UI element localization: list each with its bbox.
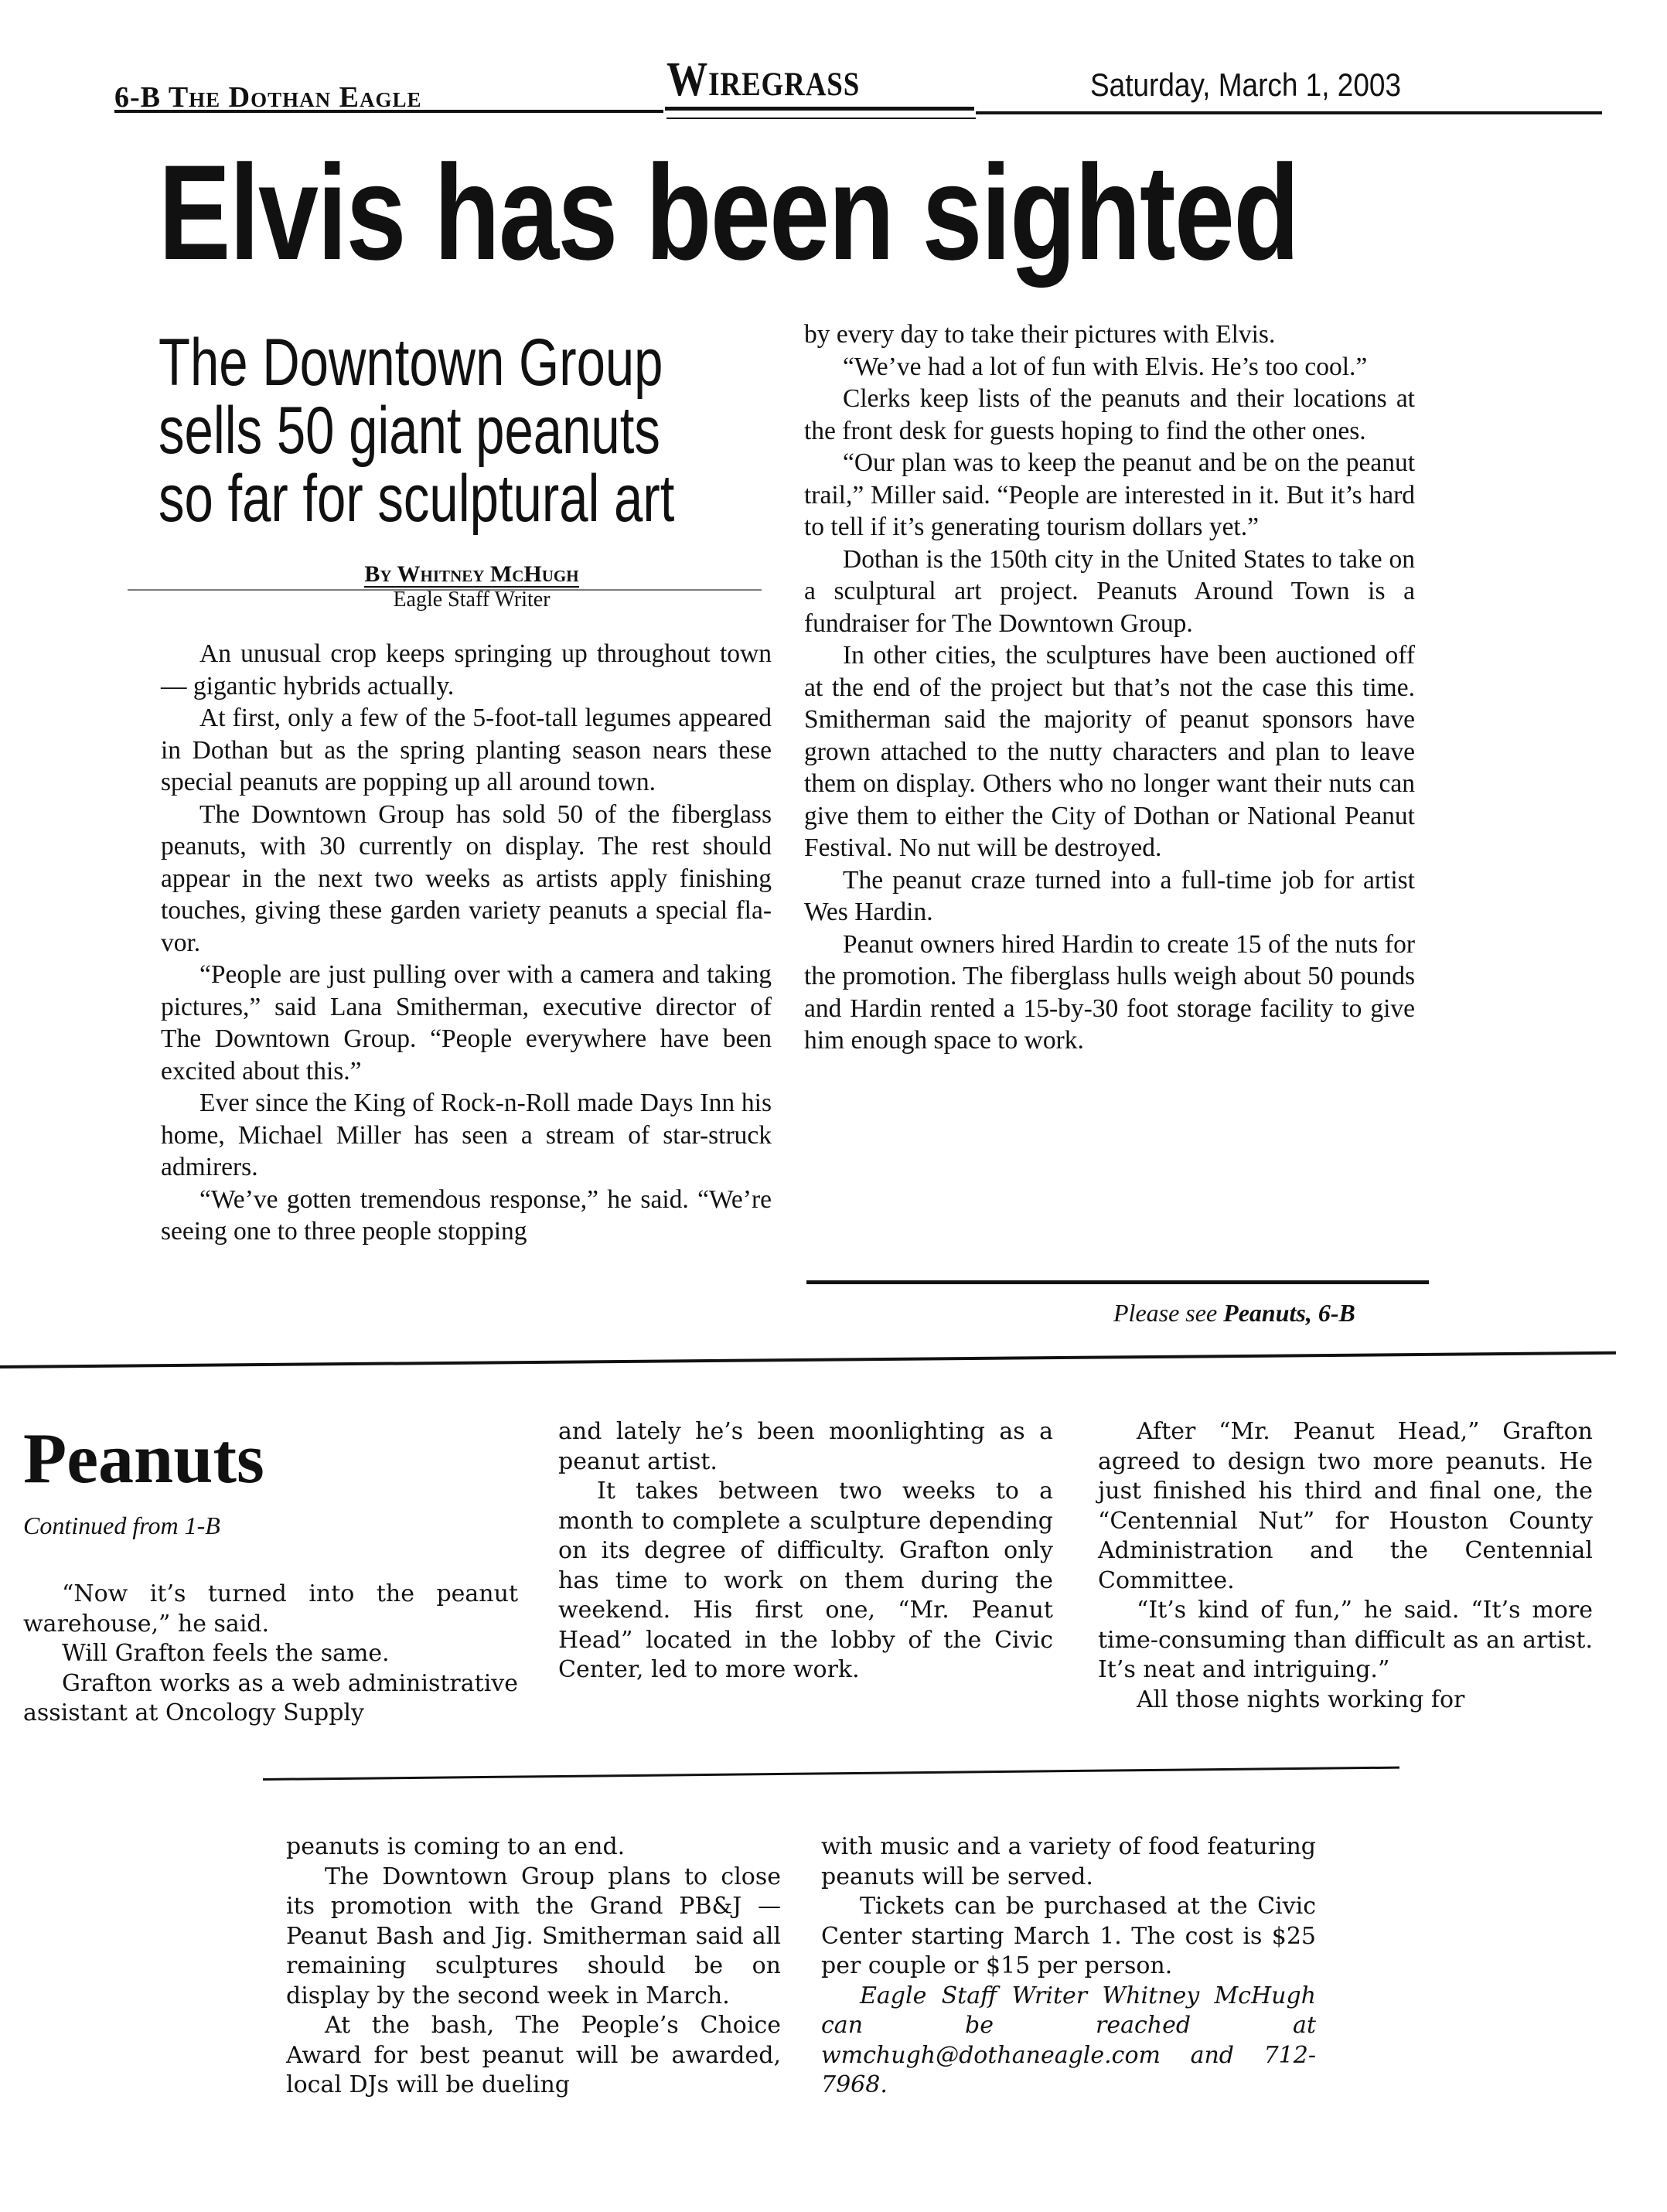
continuation-column-2: and lately he’s been moonlighting as a p… xyxy=(558,1417,1053,1685)
paragraph-continued: with music and a variety of food featuri… xyxy=(821,1832,1316,1892)
section-name: Wiregrass xyxy=(666,53,860,107)
continuation-divider xyxy=(263,1767,1399,1781)
main-headline: Elvis has been sighted xyxy=(159,145,1298,281)
paragraph: In other cities, the sculptures have bee… xyxy=(804,639,1415,864)
paragraph: “People are just pulling over with a cam… xyxy=(161,959,772,1087)
jump-prefix: Please see xyxy=(1113,1299,1223,1327)
paragraph-continued: by every day to take their pictures with… xyxy=(804,319,1415,351)
jump-rule xyxy=(806,1280,1429,1284)
subhead-line: so far for sculptural art xyxy=(159,465,674,533)
jump-target: Peanuts, 6-B xyxy=(1223,1299,1355,1327)
byline-role: Eagle Staff Writer xyxy=(325,588,619,612)
paragraph: Dothan is the 150th city in the United S… xyxy=(804,544,1415,640)
continuation-column-1: “Now it’s turned into the peanut warehou… xyxy=(23,1580,518,1729)
subheadline: The Downtown Group sells 50 giant peanut… xyxy=(159,329,674,533)
paragraph-continued: peanuts is coming to an end. xyxy=(286,1832,781,1863)
paragraph: “It’s kind of fun,” he said. “It’s more … xyxy=(1098,1596,1593,1685)
paragraph: An unusual crop keeps springing up throu… xyxy=(161,638,772,702)
continuation-column-3: After “Mr. Peanut Head,” Grafton agreed … xyxy=(1098,1417,1593,1715)
paragraph: The Downtown Group has sold 50 of the fi… xyxy=(161,799,772,959)
subhead-line: The Downtown Group xyxy=(159,329,674,397)
story-column-2: by every day to take their pictures with… xyxy=(804,319,1415,1057)
paragraph: After “Mr. Peanut Head,” Grafton agreed … xyxy=(1098,1417,1593,1596)
story-column-1: An unusual crop keeps springing up throu… xyxy=(161,638,772,1248)
paragraph: All those nights working for xyxy=(1098,1685,1593,1716)
paragraph: Tickets can be purchased at the Civic Ce… xyxy=(821,1892,1316,1982)
masthead-rule-section-top xyxy=(665,107,974,111)
continuation-headline: Peanuts xyxy=(23,1423,264,1494)
continuation-column-5: with music and a variety of food featuri… xyxy=(821,1832,1316,2101)
masthead-rule-section-bottom xyxy=(666,118,976,119)
masthead-rule-left xyxy=(114,110,663,113)
paragraph: Ever since the King of Rock-n-Roll made … xyxy=(161,1087,772,1184)
issue-date: Saturday, March 1, 2003 xyxy=(1090,66,1401,104)
continued-from: Continued from 1-B xyxy=(23,1512,220,1540)
subhead-line: sells 50 giant peanuts xyxy=(159,397,674,465)
jump-line: Please see Peanuts, 6-B xyxy=(1113,1299,1355,1328)
paragraph: Grafton works as a web adminis­trative a… xyxy=(23,1669,518,1729)
paragraph: “Our plan was to keep the peanut and be … xyxy=(804,447,1415,544)
paragraph: It takes between two weeks to a month to… xyxy=(558,1477,1053,1685)
paragraph-continued: and lately he’s been moonlighting as a p… xyxy=(558,1417,1053,1477)
paragraph: At the bash, The People’s Choice Award f… xyxy=(286,2011,781,2101)
paragraph: “We’ve had a lot of fun with Elvis. He’s… xyxy=(804,351,1415,383)
paragraph: Peanut owners hired Hardin to create 15 … xyxy=(804,929,1415,1057)
paragraph: “We’ve gotten tremendous response,” he s… xyxy=(161,1184,772,1248)
paragraph: The peanut craze turned into a full-time… xyxy=(804,864,1415,929)
section-divider xyxy=(0,1351,1616,1368)
byline: By Whitney McHugh Eagle Staff Writer xyxy=(325,563,619,612)
masthead-rule-right xyxy=(976,111,1602,114)
continuation-column-4: peanuts is coming to an end. The Downtow… xyxy=(286,1832,781,2101)
paragraph: Clerks keep lists of the peanuts and the… xyxy=(804,383,1415,447)
byline-author: By Whitney McHugh xyxy=(364,563,578,588)
paragraph: At first, only a few of the 5-foot-tall … xyxy=(161,702,772,799)
paragraph: “Now it’s turned into the peanut warehou… xyxy=(23,1580,518,1639)
paragraph: Will Grafton feels the same. xyxy=(23,1639,518,1669)
author-contact: Eagle Staff Writer Whitney McHugh can be… xyxy=(821,1982,1316,2101)
paragraph: The Downtown Group plans to close its pr… xyxy=(286,1863,781,2012)
